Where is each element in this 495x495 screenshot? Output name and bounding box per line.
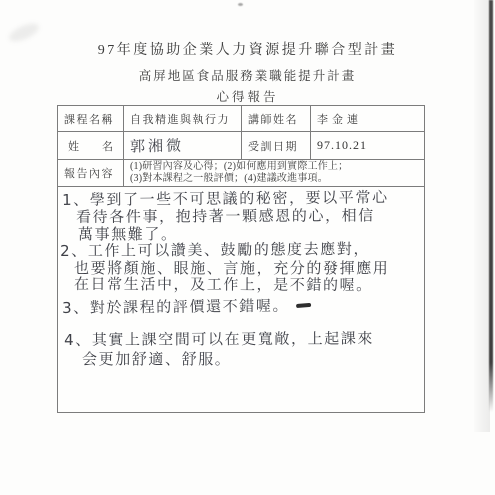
training-date-cell: 97.10.21 bbox=[311, 132, 424, 159]
training-date-value: 97.10.21 bbox=[317, 138, 367, 153]
scan-page-edge bbox=[489, 0, 493, 412]
trainee-name-cell: 郭湘微 bbox=[124, 132, 242, 159]
trainee-name-label-char2: 名 bbox=[102, 138, 113, 154]
handwriting-line: 3、對於課程的評價還不錯喔。 bbox=[62, 294, 311, 318]
report-instruction-line2: (3)對本課程之一般評價；(4)建議改進事項。 bbox=[130, 173, 328, 186]
course-name-value: 自我精進與執行力 bbox=[124, 106, 242, 131]
report-instruction-line1: (1)研習內容及心得；(2)如何應用到實際工作上； bbox=[130, 161, 348, 174]
handwriting-line: 4、其實上課空間可以在更寬敞，上起課來 bbox=[64, 327, 374, 350]
scanned-report-page: 97年度協助企業人力資源提升聯合型計畫 高屏地區食品服務業職能提升計畫 心得報告… bbox=[0, 0, 495, 495]
table-row-report-content: 報告內容 (1)研習內容及心得；(2)如何應用到實際工作上； (3)對本課程之一… bbox=[58, 160, 424, 187]
handwriting-line-text: 3、對於課程的評價還不錯喔。 bbox=[62, 297, 289, 317]
training-date-label: 受訓日期 bbox=[242, 132, 311, 159]
table-row-course: 課程名稱 自我精進與執行力 講師姓名 李金連 bbox=[58, 106, 424, 132]
handwriting-line: 在日常生活中，及工作上，是不錯的喔。 bbox=[74, 273, 373, 295]
trainee-name-handwritten: 郭湘微 bbox=[130, 135, 184, 157]
scan-speck bbox=[238, 3, 243, 6]
report-content-label: 報告內容 bbox=[58, 160, 124, 186]
trainee-name-label-char1: 姓 bbox=[68, 138, 79, 154]
instructor-value: 李金連 bbox=[311, 106, 424, 131]
document-title-sub: 高屏地區食品服務業職能提升計畫 bbox=[0, 66, 495, 84]
instructor-label: 講師姓名 bbox=[242, 106, 311, 131]
table-row-name: 姓 名 郭湘微 受訓日期 97.10.21 bbox=[58, 132, 424, 160]
document-title-report: 心得報告 bbox=[0, 87, 495, 105]
scan-shadow-band bbox=[474, 0, 490, 432]
pen-mark bbox=[296, 303, 311, 308]
document-title-main: 97年度協助企業人力資源提升聯合型計畫 bbox=[0, 39, 495, 59]
report-content-instructions: (1)研習內容及心得；(2)如何應用到實際工作上； (3)對本課程之一般評價；(… bbox=[124, 160, 424, 186]
handwriting-line: 会更加舒適、舒服。 bbox=[82, 348, 231, 369]
course-name-label: 課程名稱 bbox=[58, 106, 124, 131]
trainee-name-label: 姓 名 bbox=[58, 132, 124, 159]
